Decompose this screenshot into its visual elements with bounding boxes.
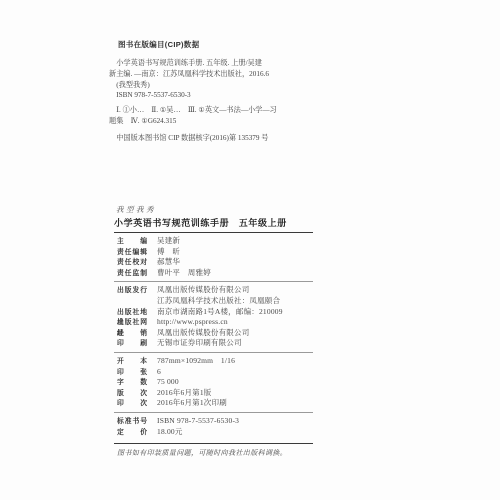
- colophon-row: 责任编辑 傅 昕: [114, 247, 313, 258]
- row-value: 2016年6月第1版: [157, 388, 212, 399]
- row-label: 主编: [117, 237, 147, 248]
- colophon-row: 责任校对 郝慧华: [114, 257, 313, 268]
- row-label: 标准书号: [117, 417, 147, 428]
- row-value: 凤凰出版传媒股份有限公司: [157, 285, 249, 296]
- cip-line: 新主编. —南京：江苏凤凰科学技术出版社，2016.6: [109, 69, 324, 80]
- row-value: 傅 昕: [157, 247, 180, 258]
- row-label: 定价: [117, 428, 147, 439]
- row-value: 吴建新: [157, 236, 180, 247]
- colophon-row: 印次 2016年6月第1次印刷: [114, 398, 313, 409]
- colophon-row: 出版社地址 南京市湖南路1号A楼，邮编：210009: [114, 307, 313, 318]
- colophon-row: 定价 18.00元: [114, 427, 313, 438]
- cip-line: 题集 Ⅳ. ①G624.315: [109, 116, 324, 127]
- specs-section: 开本 787mm×1092mm 1/16 印张 6 字数 75 000 版次 2…: [114, 353, 313, 412]
- cip-line: 中国版本图书馆 CIP 数据核字(2016)第 135379 号: [109, 133, 324, 144]
- series-name: 我型我秀: [116, 205, 313, 215]
- colophon-row: 印张 6: [114, 367, 313, 378]
- row-value: 787mm×1092mm 1/16: [157, 356, 235, 367]
- cip-line: (我型我秀): [109, 80, 324, 91]
- cip-block: 图书在版编目(CIP)数据 小学英语书写规范训练手册. 五年级. 上册/吴建 新…: [109, 40, 324, 144]
- colophon-row: 经销 凤凰出版传媒股份有限公司: [114, 328, 313, 339]
- cip-line: Ⅰ. ①小… Ⅱ. ①吴… Ⅲ. ①英文—书法—小学—习: [109, 105, 324, 116]
- row-label: 开本: [117, 357, 147, 368]
- cip-heading: 图书在版编目(CIP)数据: [118, 40, 324, 50]
- row-value: 75 000: [157, 377, 179, 388]
- publishing-section: 出版发行 凤凰出版传媒股份有限公司 江苏凤凰科学技术出版社：凤凰颐合 出版社地址…: [114, 282, 313, 352]
- divider-thick: [114, 443, 313, 444]
- row-value: 郝慧华: [157, 257, 180, 268]
- row-value: 凤凰出版传媒股份有限公司: [157, 328, 249, 339]
- row-label: 责任编辑: [117, 248, 147, 259]
- row-label: 印刷: [117, 339, 147, 350]
- row-value: 6: [157, 367, 161, 378]
- row-value: 18.00元: [157, 427, 183, 438]
- row-label: 经销: [117, 329, 147, 340]
- row-label: 出版发行: [117, 286, 147, 297]
- colophon-column: 我型我秀 小学英语书写规范训练手册 五年级上册 主编 吴建新 责任编辑 傅 昕 …: [114, 205, 313, 458]
- row-value: 2016年6月第1次印刷: [157, 398, 227, 409]
- row-value: 南京市湖南路1号A楼，邮编：210009: [157, 307, 283, 318]
- row-label: 版次: [117, 389, 147, 400]
- row-value: 江苏凤凰科学技术出版社：凤凰颐合: [157, 296, 280, 307]
- row-label: 印次: [117, 399, 147, 410]
- cip-line: 小学英语书写规范训练手册. 五年级. 上册/吴建: [109, 58, 324, 69]
- row-value: ISBN 978-7-5537-6530-3: [157, 416, 239, 427]
- cip-line: ISBN 978-7-5537-6530-3: [109, 90, 324, 101]
- colophon-row: 印刷 无锡市证券印刷有限公司: [114, 338, 313, 349]
- colophon-row: 标准书号 ISBN 978-7-5537-6530-3: [114, 416, 313, 427]
- colophon-row: 版次 2016年6月第1版: [114, 388, 313, 399]
- colophon-row: 主编 吴建新: [114, 236, 313, 247]
- book-title: 小学英语书写规范训练手册 五年级上册: [114, 218, 313, 229]
- colophon-row: 责任监制 曹叶平 周雅婷: [114, 268, 313, 279]
- quality-note: 图书如有印装质量问题，可随时向我社出版科调换。: [117, 448, 313, 458]
- pricing-section: 标准书号 ISBN 978-7-5537-6530-3 定价 18.00元: [114, 413, 313, 440]
- colophon-row-continuation: 江苏凤凰科学技术出版社：凤凰颐合: [114, 296, 313, 307]
- row-value: http://www.pspress.cn: [157, 317, 228, 328]
- colophon-row: 出版社网址 http://www.pspress.cn: [114, 317, 313, 328]
- colophon-row: 出版发行 凤凰出版传媒股份有限公司: [114, 285, 313, 296]
- row-label: 印张: [117, 368, 147, 379]
- cip-body: 小学英语书写规范训练手册. 五年级. 上册/吴建 新主编. —南京：江苏凤凰科学…: [109, 58, 324, 144]
- credits-section: 主编 吴建新 责任编辑 傅 昕 责任校对 郝慧华 责任监制 曹叶平 周雅婷: [114, 233, 313, 281]
- colophon-row: 开本 787mm×1092mm 1/16: [114, 356, 313, 367]
- row-label: 字数: [117, 378, 147, 389]
- row-label: 责任校对: [117, 258, 147, 269]
- colophon-row: 字数 75 000: [114, 377, 313, 388]
- row-value: 曹叶平 周雅婷: [157, 268, 211, 279]
- row-value: 无锡市证券印刷有限公司: [157, 338, 242, 349]
- row-label: 责任监制: [117, 269, 147, 280]
